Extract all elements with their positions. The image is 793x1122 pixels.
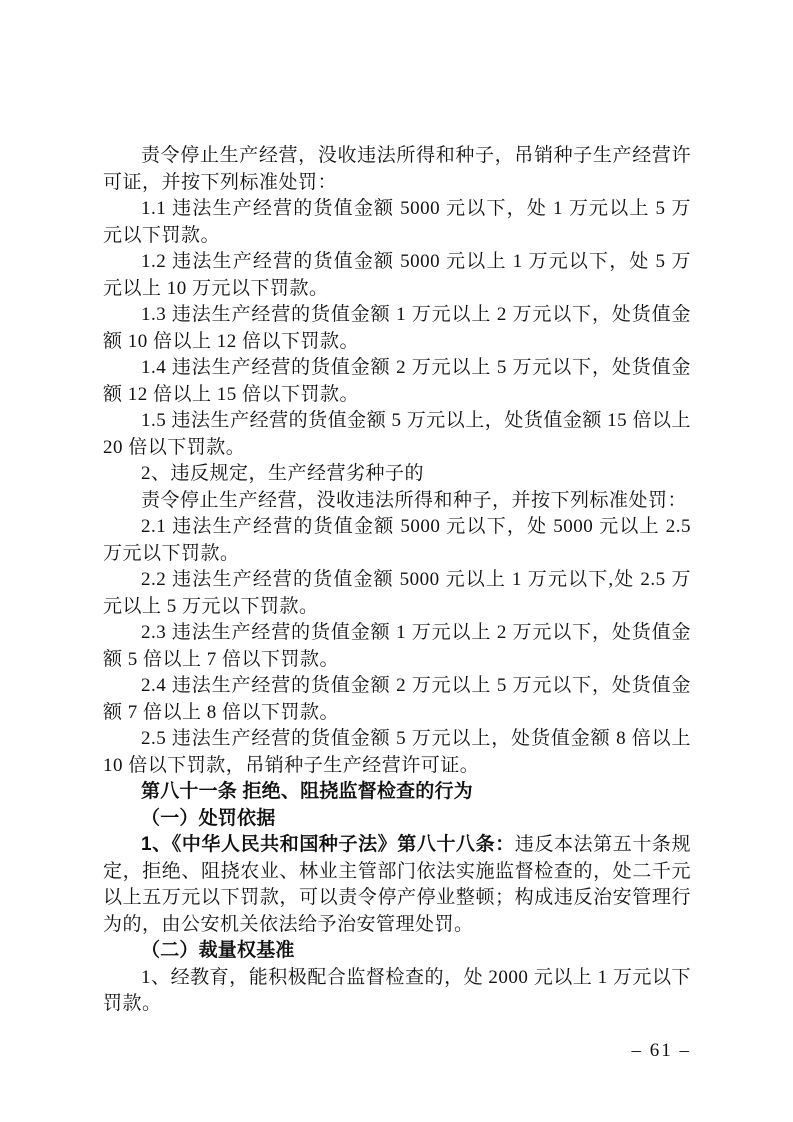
paragraph-rule-2-4: 2.4 违法生产经营的货值金额 2 万元以上 5 万元以下，处货值金额 7 倍以… [103,673,691,726]
paragraph-legal-basis: 1、《中华人民共和国种子法》第八十八条：违反本法第五十条规定，拒绝、阻挠农业、林… [103,832,691,938]
paragraph-rule-1-2: 1.2 违法生产经营的货值金额 5000 元以上 1 万元以下，处 5 万元以上… [103,249,691,302]
paragraph-rule-2-5: 2.5 违法生产经营的货值金额 5 万元以上，处货值金额 8 倍以上 10 倍以… [103,726,691,779]
document-page: 责令停止生产经营，没收违法所得和种子，吊销种子生产经营许可证，并按下列标准处罚：… [0,0,793,1122]
document-body: 责令停止生产经营，没收违法所得和种子，吊销种子生产经营许可证，并按下列标准处罚：… [103,143,691,1018]
paragraph-rule-1-1: 1.1 违法生产经营的货值金额 5000 元以下，处 1 万元以上 5 万元以下… [103,196,691,249]
heading-article-81: 第八十一条 拒绝、阻挠监督检查的行为 [103,779,691,806]
paragraph-penalty-intro-1: 责令停止生产经营，没收违法所得和种子，吊销种子生产经营许可证，并按下列标准处罚： [103,143,691,196]
paragraph-legal-basis-lead: 1、《中华人民共和国种子法》第八十八条： [141,834,515,855]
heading-penalty-basis: （一）处罚依据 [103,806,691,833]
paragraph-rule-2-1: 2.1 违法生产经营的货值金额 5000 元以下，处 5000 元以上 2.5 … [103,514,691,567]
paragraph-rule-1-3: 1.3 违法生产经营的货值金额 1 万元以上 2 万元以下，处货值金额 10 倍… [103,302,691,355]
paragraph-rule-1-5: 1.5 违法生产经营的货值金额 5 万元以上，处货值金额 15 倍以上 20 倍… [103,408,691,461]
paragraph-item-2: 2、违反规定，生产经营劣种子的 [103,461,691,488]
heading-discretion-benchmark: （二）裁量权基准 [103,938,691,965]
page-number: – 61 – [632,1040,692,1062]
paragraph-penalty-intro-2: 责令停止生产经营，没收违法所得和种子，并按下列标准处罚： [103,488,691,515]
paragraph-benchmark-1: 1、经教育，能积极配合监督检查的，处 2000 元以上 1 万元以下罚款。 [103,965,691,1018]
paragraph-rule-1-4: 1.4 违法生产经营的货值金额 2 万元以上 5 万元以下，处货值金额 12 倍… [103,355,691,408]
paragraph-rule-2-3: 2.3 违法生产经营的货值金额 1 万元以上 2 万元以下，处货值金额 5 倍以… [103,620,691,673]
paragraph-rule-2-2: 2.2 违法生产经营的货值金额 5000 元以上 1 万元以下,处 2.5 万元… [103,567,691,620]
